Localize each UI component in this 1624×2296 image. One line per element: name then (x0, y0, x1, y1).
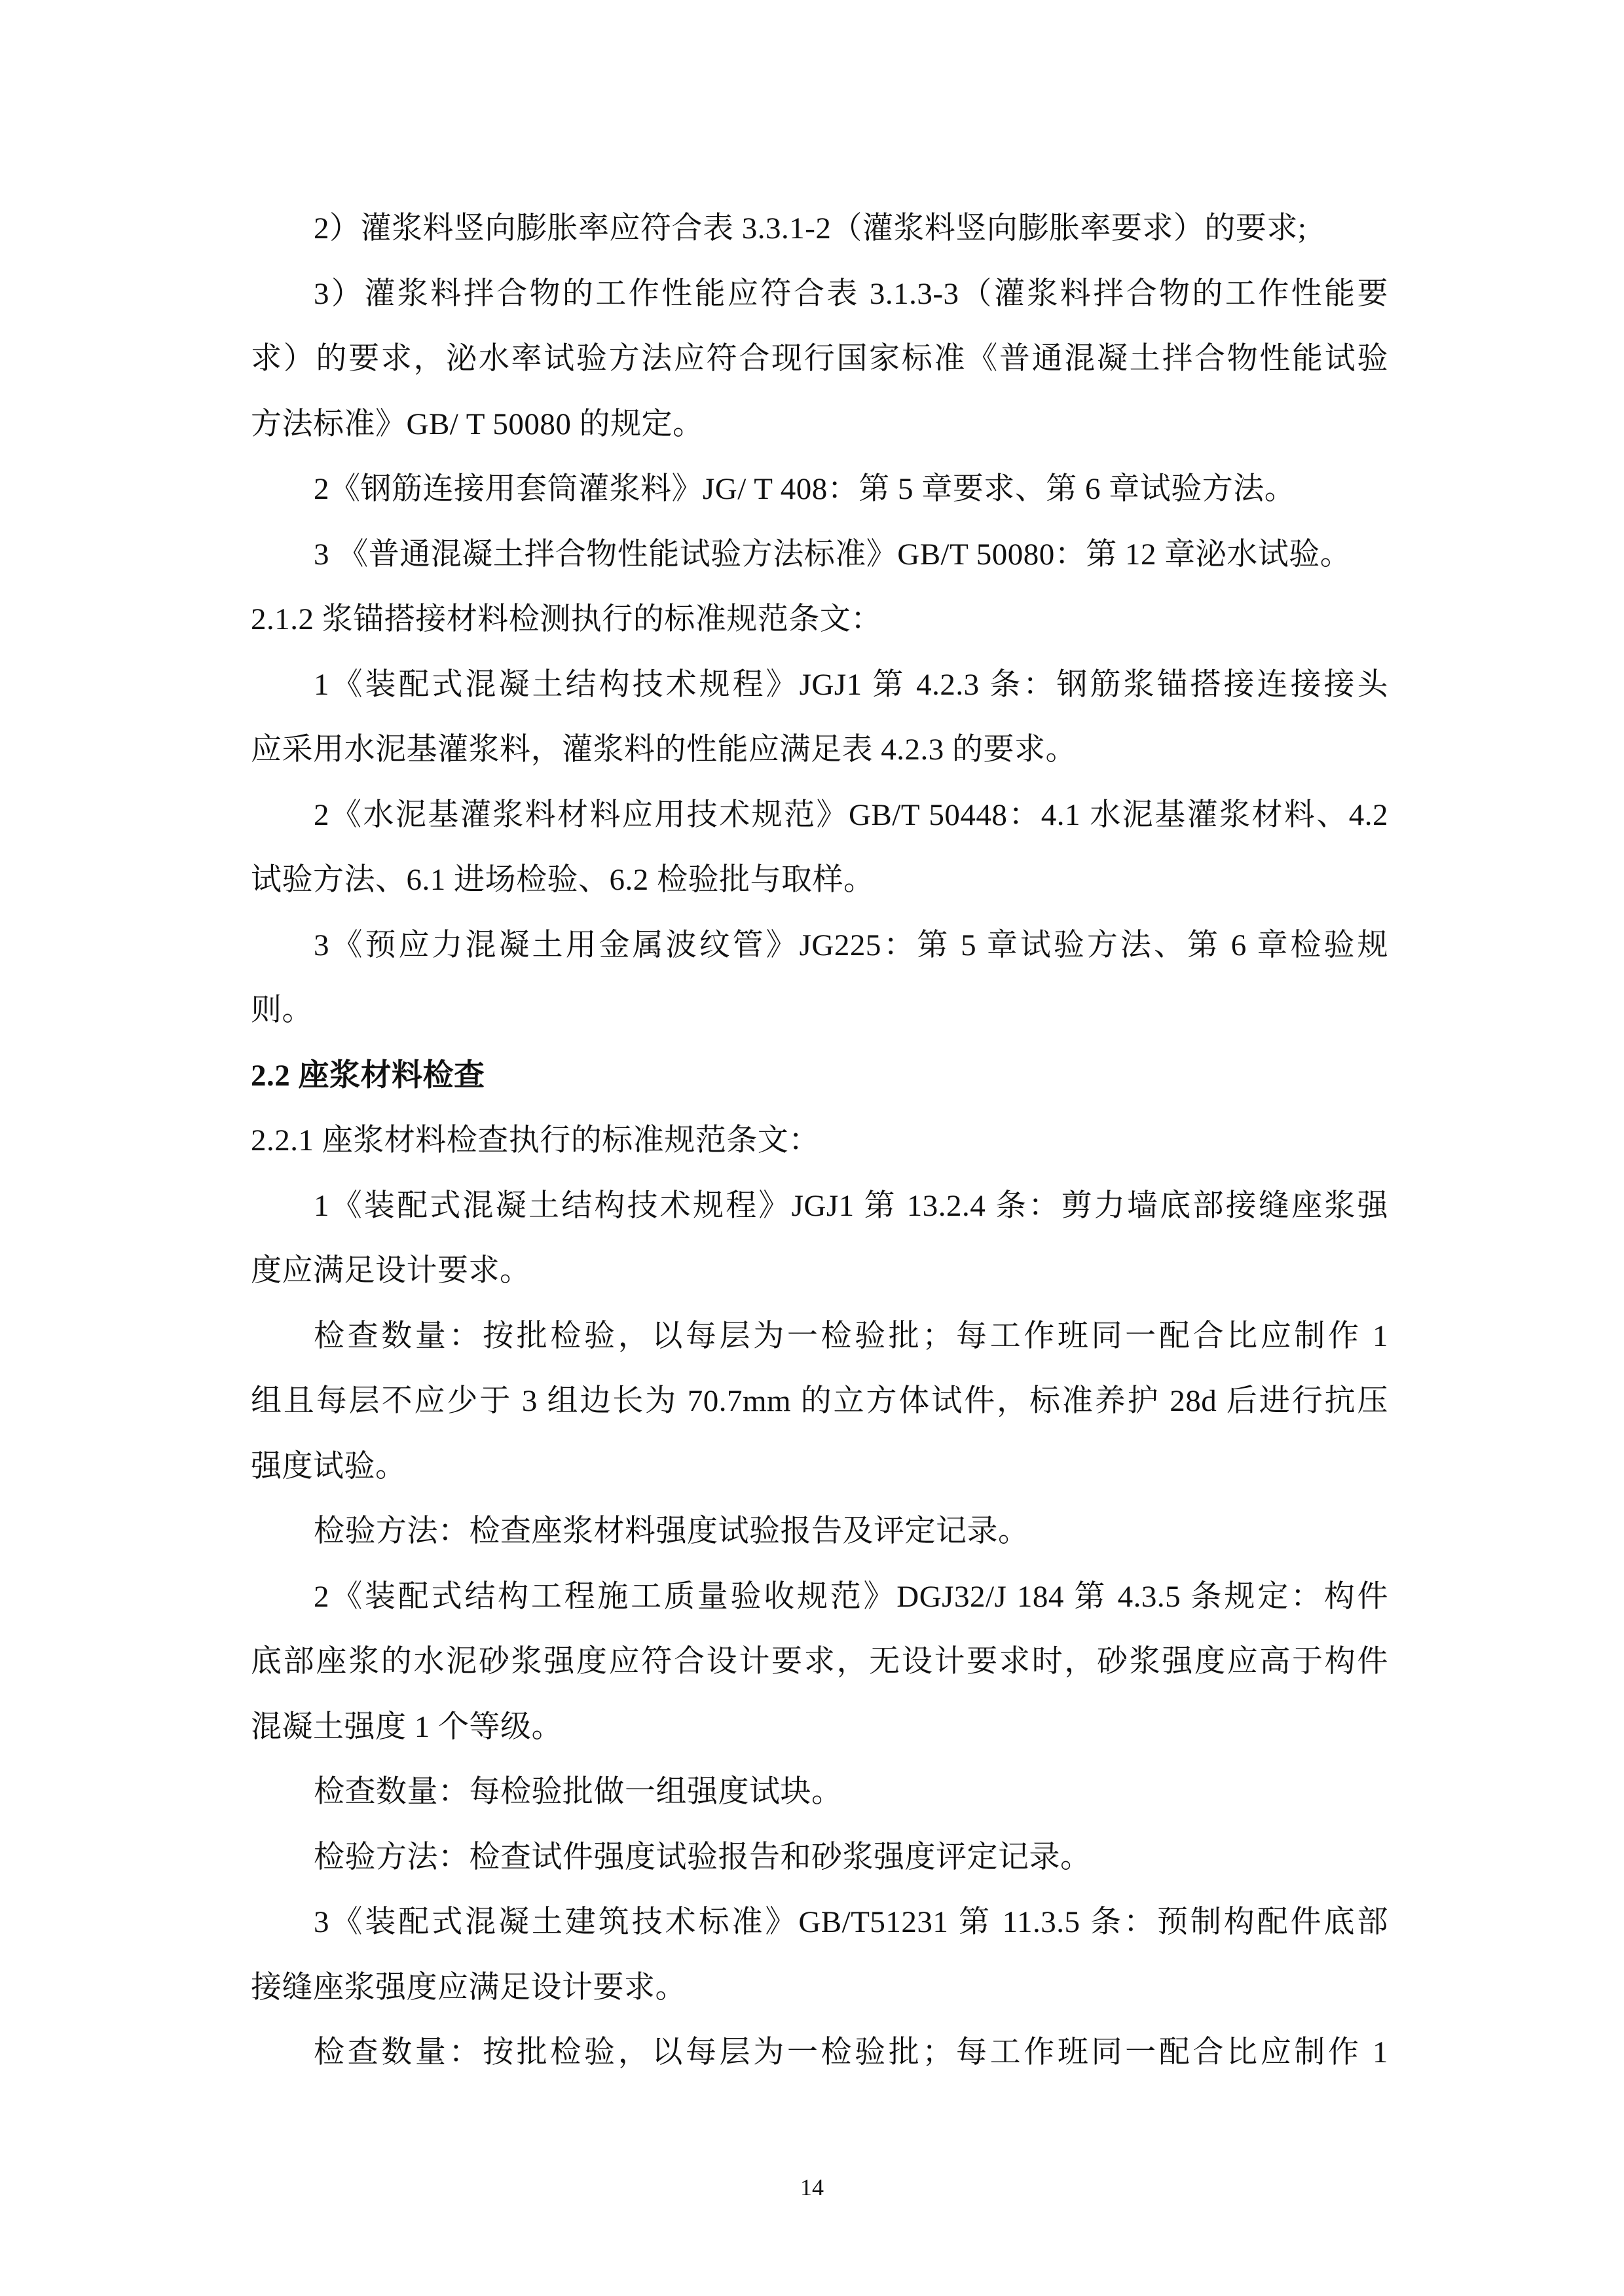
page-number: 14 (0, 2174, 1624, 2201)
text-line: 检查数量：按批检验，以每层为一检验批；每工作班同一配合比应制作 1 (251, 2020, 1388, 2086)
text-line: 组且每层不应少于 3 组边长为 70.7mm 的立方体试件，标准养护 28d 后… (251, 1369, 1388, 1434)
text-line: 1《装配式混凝土结构技术规程》JGJ1 第 4.2.3 条：钢筋浆锚搭接连接接头 (251, 653, 1388, 718)
text-line: 求）的要求，泌水率试验方法应符合现行国家标准《普通混凝土拌合物性能试验 (251, 327, 1388, 392)
text-line: 2《水泥基灌浆料材料应用技术规范》GB/T 50448：4.1 水泥基灌浆材料、… (251, 783, 1388, 848)
text-line: 2《钢筋连接用套筒灌浆料》JG/ T 408：第 5 章要求、第 6 章试验方法… (251, 457, 1388, 522)
text-line: 试验方法、6.1 进场检验、6.2 检验批与取样。 (251, 848, 1388, 913)
text-line: 2.1.2 浆锚搭接材料检测执行的标准规范条文： (251, 587, 1388, 653)
text-line: 方法标准》GB/ T 50080 的规定。 (251, 392, 1388, 458)
text-line: 2.2.1 座浆材料检查执行的标准规范条文： (251, 1108, 1388, 1174)
section-heading: 2.2 座浆材料检查 (251, 1044, 1388, 1109)
text-line: 底部座浆的水泥砂浆强度应符合设计要求，无设计要求时，砂浆强度应高于构件 (251, 1630, 1388, 1695)
text-line: 应采用水泥基灌浆料，灌浆料的性能应满足表 4.2.3 的要求。 (251, 718, 1388, 783)
text-line: 接缝座浆强度应满足设计要求。 (251, 1956, 1388, 2021)
text-line: 3）灌浆料拌合物的工作性能应符合表 3.1.3-3（灌浆料拌合物的工作性能要 (251, 262, 1388, 327)
text-line: 3《装配式混凝土建筑技术标准》GB/T51231 第 11.3.5 条：预制构配… (251, 1890, 1388, 1956)
text-line: 检查数量：按批检验，以每层为一检验批；每工作班同一配合比应制作 1 (251, 1304, 1388, 1370)
text-line: 检验方法：检查试件强度试验报告和砂浆强度评定记录。 (251, 1825, 1388, 1891)
text-line: 强度试验。 (251, 1434, 1388, 1500)
text-line: 检验方法：检查座浆材料强度试验报告及评定记录。 (251, 1499, 1388, 1565)
text-line: 1《装配式混凝土结构技术规程》JGJ1 第 13.2.4 条：剪力墙底部接缝座浆… (251, 1174, 1388, 1239)
text-line: 3 《普通混凝土拌合物性能试验方法标准》GB/T 50080：第 12 章泌水试… (251, 522, 1388, 588)
text-line: 2）灌浆料竖向膨胀率应符合表 3.3.1-2（灌浆料竖向膨胀率要求）的要求; (251, 196, 1388, 262)
text-line: 检查数量：每检验批做一组强度试块。 (251, 1760, 1388, 1825)
text-line: 3《预应力混凝土用金属波纹管》JG225：第 5 章试验方法、第 6 章检验规 (251, 913, 1388, 979)
text-line: 混凝土强度 1 个等级。 (251, 1695, 1388, 1760)
text-line: 2《装配式结构工程施工质量验收规范》DGJ32/J 184 第 4.3.5 条规… (251, 1565, 1388, 1630)
text-line: 则。 (251, 978, 1388, 1044)
text-line: 度应满足设计要求。 (251, 1239, 1388, 1304)
document-body: 2）灌浆料竖向膨胀率应符合表 3.3.1-2（灌浆料竖向膨胀率要求）的要求;3）… (251, 196, 1388, 2086)
